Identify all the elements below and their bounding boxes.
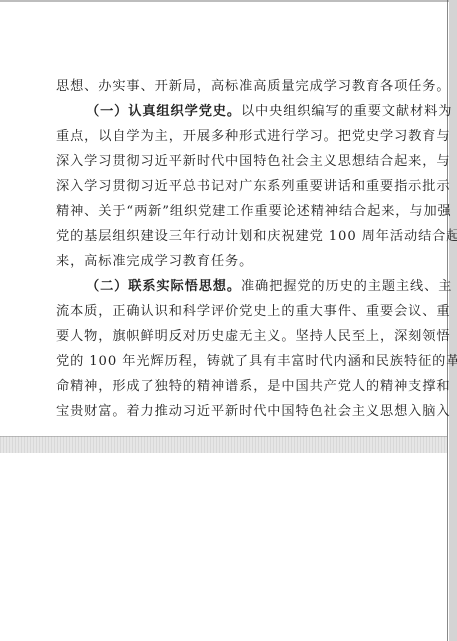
section-heading-2: （二）联系实际悟思想。准确把握党的历史的主题主线、主 bbox=[86, 277, 438, 297]
scan-right-edge bbox=[447, 0, 448, 641]
line-text: 精神、关于“两新”组织党建工作重要论述精神结合起来，与加强 bbox=[56, 204, 452, 219]
section-title: （一）认真组织学党史。 bbox=[86, 104, 241, 119]
line-text: 深入学习贯彻习近平总书记对广东系列重要讲话和重要指示批示 bbox=[56, 179, 450, 194]
text-line: 流本质，正确认识和科学评价党史上的重大事件、重要会议、重 bbox=[56, 302, 408, 322]
text-line: 思想、办实事、开新局，高标准高质量完成学习教育各项任务。 bbox=[56, 77, 408, 97]
text-line: 党的 100 年光辉历程，铸就了具有丰富时代内涵和民族特征的革 bbox=[56, 352, 408, 372]
scan-artifact-band bbox=[0, 436, 447, 453]
text-line: 精神、关于“两新”组织党建工作重要论述精神结合起来，与加强 bbox=[56, 202, 408, 222]
line-text: 准确把握党的历史的主题主线、主 bbox=[241, 279, 452, 294]
scan-right-margin bbox=[449, 0, 457, 641]
line-text: 党的基层组织建设三年行动计划和庆祝建党 100 周年活动结合起 bbox=[56, 229, 457, 244]
text-line: 深入学习贯彻习近平新时代中国特色社会主义思想结合起来，与 bbox=[56, 152, 408, 172]
line-text: 要人物，旗帜鲜明反对历史虚无主义。坚持人民至上，深刻领悟 bbox=[56, 329, 450, 344]
line-text: 命精神，形成了独特的精神谱系，是中国共产党人的精神支撑和 bbox=[56, 379, 450, 394]
text-line: 来，高标准完成学习教育任务。 bbox=[56, 252, 408, 272]
section-title: （二）联系实际悟思想。 bbox=[86, 279, 241, 294]
line-text: 党的 100 年光辉历程，铸就了具有丰富时代内涵和民族特征的革 bbox=[56, 354, 457, 369]
line-text: 流本质，正确认识和科学评价党史上的重大事件、重要会议、重 bbox=[56, 304, 450, 319]
text-line: 党的基层组织建设三年行动计划和庆祝建党 100 周年活动结合起 bbox=[56, 227, 408, 247]
scan-top-edge bbox=[0, 0, 457, 2]
line-text: 重点，以自学为主，开展多种形式进行学习。把党史学习教育与 bbox=[56, 129, 450, 144]
line-text: 思想、办实事、开新局，高标准高质量完成学习教育各项任务。 bbox=[56, 79, 450, 94]
line-text: 宝贵财富。着力推动习近平新时代中国特色社会主义思想入脑入 bbox=[56, 404, 450, 419]
text-line: 要人物，旗帜鲜明反对历史虚无主义。坚持人民至上，深刻领悟 bbox=[56, 327, 408, 347]
text-line: 重点，以自学为主，开展多种形式进行学习。把党史学习教育与 bbox=[56, 127, 408, 147]
section-heading-1: （一）认真组织学党史。以中央组织编写的重要文献材料为 bbox=[86, 102, 438, 122]
text-line: 深入学习贯彻习近平总书记对广东系列重要讲话和重要指示批示 bbox=[56, 177, 408, 197]
line-text: 以中央组织编写的重要文献材料为 bbox=[241, 104, 452, 119]
text-line: 宝贵财富。着力推动习近平新时代中国特色社会主义思想入脑入 bbox=[56, 402, 408, 422]
line-text: 来，高标准完成学习教育任务。 bbox=[56, 254, 253, 269]
line-text: 深入学习贯彻习近平新时代中国特色社会主义思想结合起来，与 bbox=[56, 154, 450, 169]
text-line: 命精神，形成了独特的精神谱系，是中国共产党人的精神支撑和 bbox=[56, 377, 408, 397]
